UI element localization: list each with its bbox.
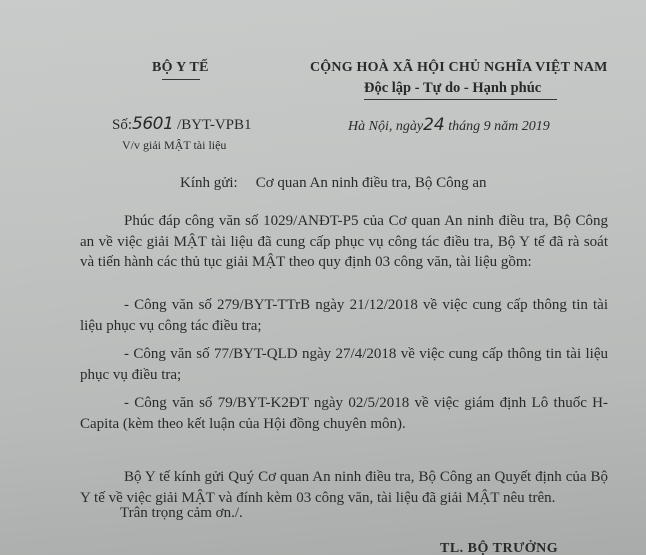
recipient-label: Kính gửi: <box>180 175 238 191</box>
document-date: Hà Nội, ngày24 tháng 9 năm 2019 <box>348 115 550 135</box>
signature-title: TL. BỘ TRƯỞNG <box>440 541 558 555</box>
doc-number-suffix: /BYT-VPB1 <box>173 117 251 133</box>
closing-line: Trân trọng cảm ơn./. <box>120 503 243 524</box>
list-item: - Công văn số 77/BYT-QLD ngày 27/4/2018 … <box>80 344 608 385</box>
national-motto: Độc lập - Tự do - Hạnh phúc <box>364 80 541 97</box>
body-paragraph-request: Bộ Y tế kính gửi Quý Cơ quan An ninh điề… <box>80 467 608 508</box>
national-title: CỘNG HOÀ XÃ HỘI CHỦ NGHĨA VIỆT NAM <box>310 60 608 76</box>
date-suffix: tháng 9 năm 2019 <box>445 119 550 134</box>
recipient-line: Kính gửi:Cơ quan An ninh điều tra, Bộ Cô… <box>180 175 487 192</box>
recipient-name: Cơ quan An ninh điều tra, Bộ Công an <box>256 175 487 191</box>
list-item: - Công văn số 79/BYT-K2ĐT ngày 02/5/2018… <box>80 393 608 434</box>
doc-number-handwritten: 5601 <box>132 114 173 134</box>
doc-number-prefix: Số: <box>112 117 132 133</box>
ministry-name: BỘ Y TẾ <box>152 60 209 76</box>
ministry-underline <box>162 79 200 80</box>
list-item: - Công văn số 279/BYT-TTrB ngày 21/12/20… <box>80 295 608 336</box>
document-subject: V/v giải MẬT tài liệu <box>122 138 226 153</box>
document-number: Số:5601 /BYT-VPB1 <box>112 114 252 134</box>
date-day-handwritten: 24 <box>423 115 445 135</box>
motto-underline <box>364 99 557 100</box>
body-paragraph-intro: Phúc đáp công văn số 1029/ANĐT-P5 của Cơ… <box>80 211 608 273</box>
date-prefix: Hà Nội, ngày <box>348 119 423 134</box>
